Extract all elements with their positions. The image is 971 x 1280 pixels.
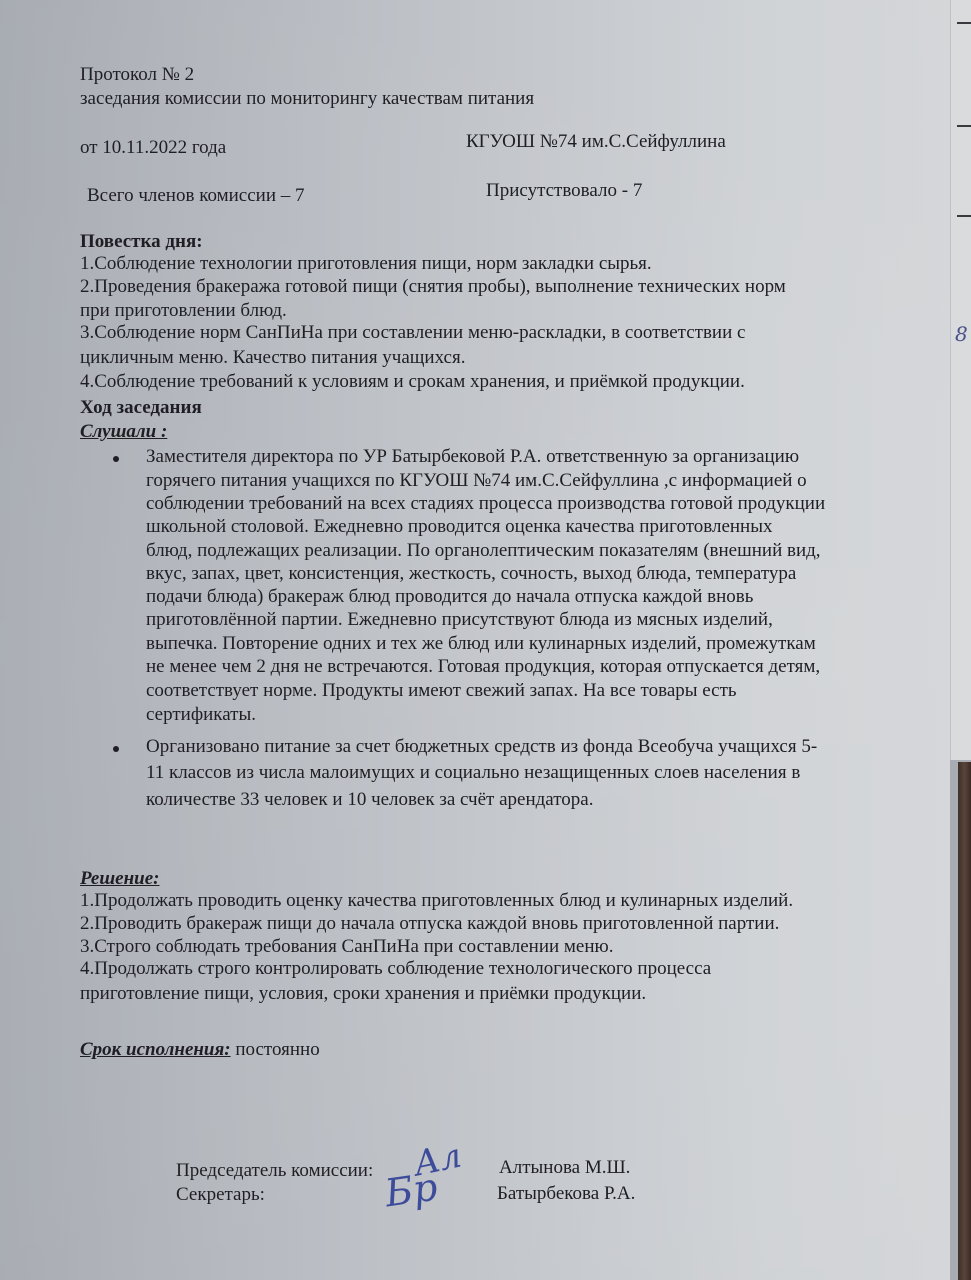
listened-label: Слушали :	[80, 421, 167, 443]
sheet-line	[957, 125, 971, 127]
sheet-line	[957, 22, 971, 24]
decision-item: приготовление пищи, условия, сроки хране…	[80, 983, 646, 1005]
members-present: Присутствовало - 7	[486, 180, 642, 202]
bullet-text: 11 классов из числа малоимущих и социаль…	[146, 762, 800, 784]
meeting-date: от 10.11.2022 года	[80, 137, 226, 159]
school-name: КГУОШ №74 им.С.Сейфуллина	[466, 131, 726, 153]
bullet-text: приготовлённой партии. Ежедневно присутс…	[146, 609, 773, 631]
decision-item: 3.Строго соблюдать требования СанПиНа пр…	[80, 936, 613, 958]
secretary-signature: Бр	[382, 1165, 440, 1216]
chair-name: Алтынова М.Ш.	[499, 1157, 630, 1179]
bullet-text: количестве 33 человек и 10 человек за сч…	[146, 789, 593, 811]
adjacent-sheet: 8	[950, 0, 971, 760]
protocol-subtitle: заседания комиссии по мониторингу качест…	[80, 88, 534, 110]
chair-label: Председатель комиссии:	[176, 1160, 373, 1182]
bullet-text: Заместителя директора по УР Батырбековой…	[146, 446, 799, 468]
bullet-text: горячего питания учащихся по КГУОШ №74 и…	[146, 470, 807, 492]
protocol-title: Протокол № 2	[80, 64, 194, 86]
bullet-text: школьной столовой. Ежедневно проводится …	[146, 516, 773, 538]
sheet-line	[957, 215, 971, 217]
agenda-item: 2.Проведения бракеража готовой пищи (сня…	[80, 276, 786, 298]
bullet-text: соответствует норме. Продукты имеют свеж…	[146, 680, 737, 702]
bullet-text: сертификаты.	[146, 704, 256, 726]
agenda-item: при приготовлении блюд.	[80, 300, 287, 322]
bullet	[113, 456, 119, 462]
decision-item: 2.Проводить бракераж пищи до начала отпу…	[80, 913, 779, 935]
decision-item: 4.Продолжать строго контролировать соблю…	[80, 958, 711, 980]
secretary-name: Батырбекова Р.А.	[497, 1183, 635, 1205]
bullet-text: подачи блюда) бракераж блюд проводится д…	[146, 586, 753, 608]
agenda-item: цикличным меню. Качество питания учащихс…	[80, 347, 465, 369]
decision-heading: Решение:	[80, 868, 160, 890]
bullet-text: выпечка. Повторение одних и тех же блюд …	[146, 633, 816, 655]
agenda-item: 4.Соблюдение требований к условиям и сро…	[80, 371, 745, 393]
bullet-text: соблюдении требований на всех стадиях пр…	[146, 493, 825, 515]
deadline-label: Срок исполнения:	[80, 1039, 231, 1060]
handwritten-note: 8	[955, 322, 968, 346]
bullet	[113, 746, 119, 752]
deadline-value: постоянно	[231, 1039, 320, 1060]
bullet-text: блюд, подлежащих реализации. По органоле…	[146, 540, 821, 562]
bullet-text: вкус, запах, цвет, консистенция, жесткос…	[146, 563, 796, 585]
deadline: Срок исполнения: постоянно	[80, 1039, 320, 1061]
agenda-item: 1.Соблюдение технологии приготовления пи…	[80, 253, 652, 275]
table-edge	[958, 762, 971, 1280]
agenda-heading: Повестка дня:	[80, 231, 203, 253]
bullet-text: Организовано питание за счет бюджетных с…	[146, 736, 817, 758]
bullet-text: не менее чем 2 дня не встречаются. Готов…	[146, 656, 820, 678]
secretary-label: Секретарь:	[176, 1184, 265, 1206]
members-total: Всего членов комиссии – 7	[87, 185, 305, 207]
decision-item: 1.Продолжать проводить оценку качества п…	[80, 890, 793, 912]
agenda-item: 3.Соблюдение норм СанПиНа при составлени…	[80, 322, 745, 344]
proceedings-heading: Ход заседания	[80, 397, 202, 419]
